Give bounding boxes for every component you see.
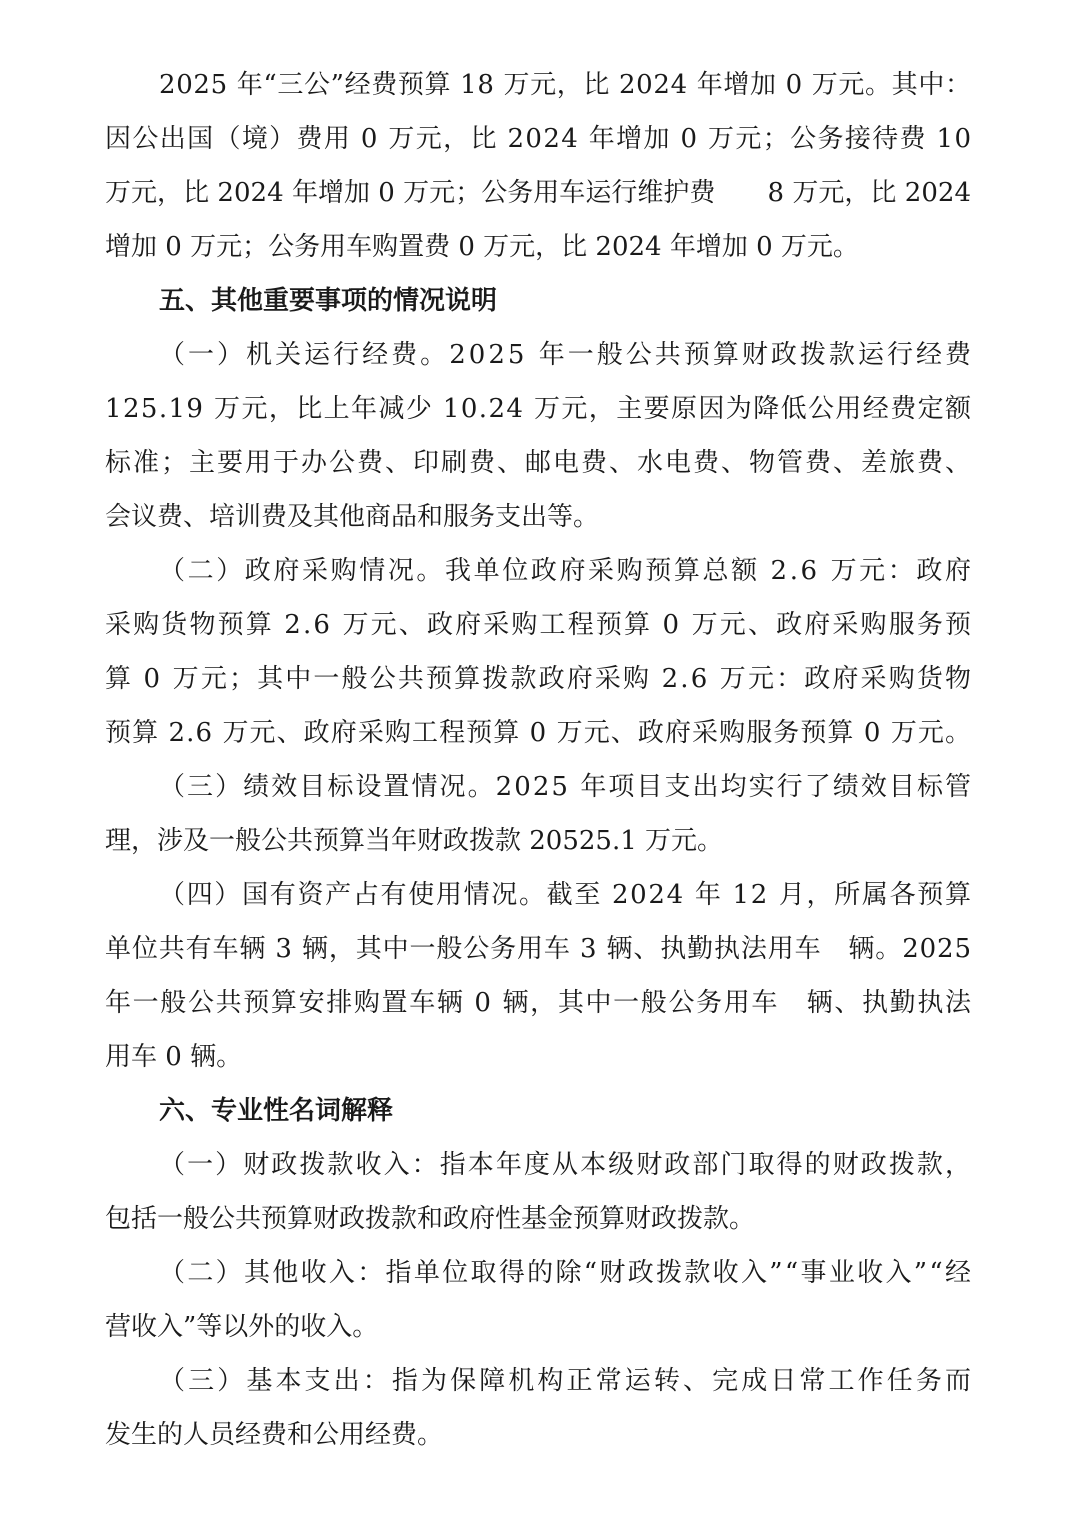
text-line: （一）财政拨款收入：指本年度从本级财政部门取得的财政拨款，	[105, 1142, 971, 1196]
text-line: 万元，比 2024 年增加 0 万元；公务用车运行维护费 8 万元，比 2024	[105, 170, 971, 224]
text-line: 增加 0 万元；公务用车购置费 0 万元，比 2024 年增加 0 万元。	[105, 224, 971, 278]
text-line: 单位共有车辆 3 辆，其中一般公务用车 3 辆、执勤执法用车 辆。2025	[105, 926, 971, 980]
text-line: 125.19 万元，比上年减少 10.24 万元，主要原因为降低公用经费定额	[105, 386, 971, 440]
text-line: 2025 年“三公”经费预算 18 万元，比 2024 年增加 0 万元。其中：	[105, 62, 971, 116]
text-line: 用车 0 辆。	[105, 1034, 971, 1088]
text-line: 因公出国（境）费用 0 万元，比 2024 年增加 0 万元；公务接待费 10	[105, 116, 971, 170]
text-line: 包括一般公共预算财政拨款和政府性基金预算财政拨款。	[105, 1196, 971, 1250]
text-line: 营收入”等以外的收入。	[105, 1304, 971, 1358]
text-line: （三）基本支出：指为保障机构正常运转、完成日常工作任务而	[105, 1358, 971, 1412]
text-line: 年一般公共预算安排购置车辆 0 辆，其中一般公务用车 辆、执勤执法	[105, 980, 971, 1034]
document-page: 2025 年“三公”经费预算 18 万元，比 2024 年增加 0 万元。其中：…	[105, 62, 971, 1466]
text-line: （二）政府采购情况。我单位政府采购预算总额 2.6 万元：政府	[105, 548, 971, 602]
text-line: （三）绩效目标设置情况。2025 年项目支出均实行了绩效目标管	[105, 764, 971, 818]
text-line: 算 0 万元；其中一般公共预算拨款政府采购 2.6 万元：政府采购货物	[105, 656, 971, 710]
text-line: （二）其他收入：指单位取得的除“财政拨款收入”“事业收入”“经	[105, 1250, 971, 1304]
text-line: 标准；主要用于办公费、印刷费、邮电费、水电费、物管费、差旅费、	[105, 440, 971, 494]
text-line: 会议费、培训费及其他商品和服务支出等。	[105, 494, 971, 548]
text-line: 预算 2.6 万元、政府采购工程预算 0 万元、政府采购服务预算 0 万元。	[105, 710, 971, 764]
text-line: 采购货物预算 2.6 万元、政府采购工程预算 0 万元、政府采购服务预	[105, 602, 971, 656]
text-line: 发生的人员经费和公用经费。	[105, 1412, 971, 1466]
section-heading: 五、其他重要事项的情况说明	[105, 278, 971, 332]
text-line: （一）机关运行经费。2025 年一般公共预算财政拨款运行经费	[105, 332, 971, 386]
text-line: 理，涉及一般公共预算当年财政拨款 20525.1 万元。	[105, 818, 971, 872]
text-line: （四）国有资产占有使用情况。截至 2024 年 12 月，所属各预算	[105, 872, 971, 926]
section-heading: 六、专业性名词解释	[105, 1088, 971, 1142]
